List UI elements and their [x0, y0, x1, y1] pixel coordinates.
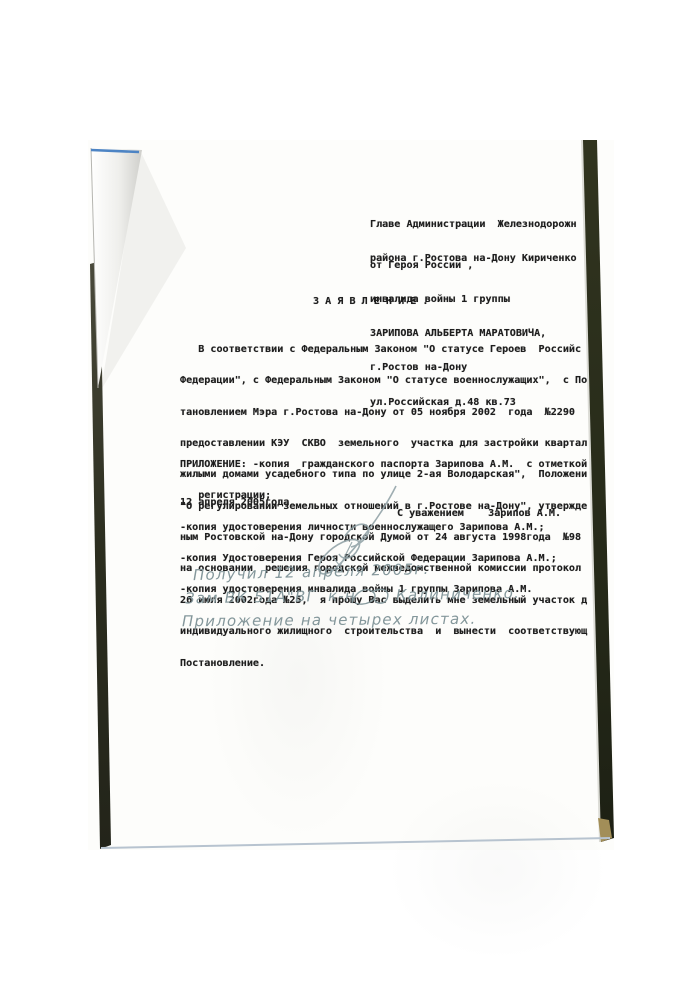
- body-line: тановлением Мэра г.Ростова на-Дону от 05…: [180, 408, 587, 418]
- closing-line: С уважением Зарипов А.М.: [397, 508, 561, 519]
- body-line: Постановление.: [180, 659, 587, 669]
- sender-line-1: от Героя России ,: [370, 260, 546, 271]
- attachment-line: -копия удостоверения личности военнослуж…: [180, 523, 587, 533]
- attachment-line: ПРИЛОЖЕНИЕ: -копия гражданского паспорта…: [180, 460, 587, 470]
- application-title: З А Я В Л Е Н И Е .: [313, 296, 428, 307]
- body-line: Федерации", с Федеральным Законом "О ста…: [180, 376, 587, 386]
- handwritten-attachment-note: Приложение на четырех листах.: [182, 610, 477, 631]
- handwritten-official-name: Калиниченко.: [396, 584, 520, 604]
- handwritten-official-note: Зам ВК 51А"ВГ к-н: [185, 587, 356, 608]
- scanned-document: Главе Администрации Железнодорожн района…: [0, 0, 700, 989]
- body-line: В соответствии с Федеральным Законом "О …: [180, 345, 587, 355]
- addressee-line-1: Главе Администрации Железнодорожн: [370, 219, 577, 230]
- scan-smudge: [388, 780, 608, 960]
- date-line: 12 апреля 2005года: [180, 497, 289, 508]
